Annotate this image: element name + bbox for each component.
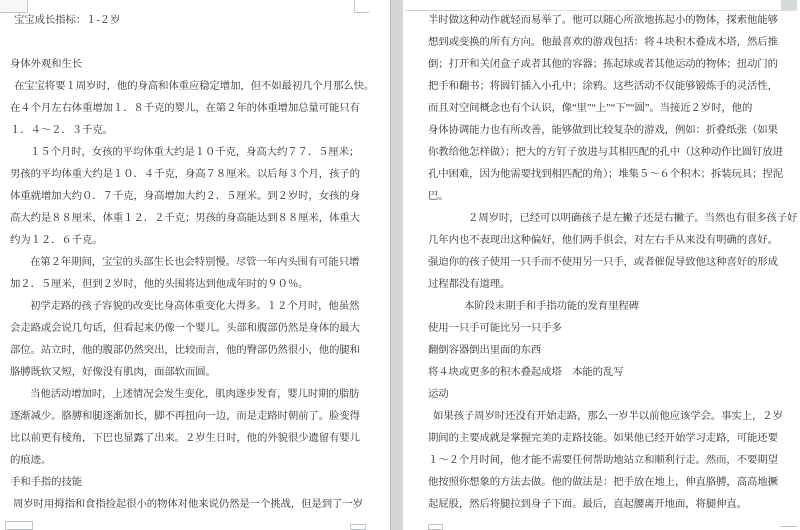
page-right-bottom-left-corner-mark (428, 524, 443, 530)
text-line: 使用一只手可能比另一只手多 (428, 318, 794, 340)
text-line: ２周岁时，已经可以明确孩子是左撇子还是右撇子。当然也有很多孩子好 (428, 208, 794, 230)
text-line: 宝宝成长指标：１-２岁 (10, 10, 366, 32)
text-line: １５个月时，女孩的平均体重大约是１０千克，身高大约７７．５厘米； (10, 142, 366, 164)
text-line: 运动 (428, 384, 794, 406)
page-left-text: 宝宝成长指标：１-２岁身体外观和生长在宝宝将要１周岁时，他的身高和体重应稳定增加… (0, 0, 366, 516)
text-line: 期间的主要成就是掌握完美的走路技能。如果他已经开始学习走路，可能还要 (428, 428, 794, 450)
text-line: 将４块或更多的积木叠起成塔 本能的乱写 (428, 362, 794, 384)
text-line: 的痕迹。 (10, 450, 366, 472)
text-line: 在４个月左右体重增加１．８千克的婴儿，在第２年的体重增加总量可能只有 (10, 98, 366, 120)
text-line: 高大约是８８厘米，体重１２．２千克；男孩的身高能达到８８厘米，体重大 (10, 208, 366, 230)
text-line: 而且对空间概念也有个认识，像“里”“上”“下”“圆”。当接近２岁时，他的 (428, 98, 794, 120)
text-line: 约为１２．６千克。 (10, 230, 366, 252)
page-right-top-right-corner-mark (781, 0, 797, 10)
page-right-bottom-right-corner-mark (780, 526, 797, 527)
text-line: 巴。 (428, 186, 794, 208)
text-line: 孔中困难，因为他需要找到相匹配的角）；堆集５～６个积木；拆装玩具；捏泥 (428, 164, 794, 186)
text-line: 强迫你的孩子使用一只手而不使用另一只手，或者催促导致他这种喜好的形成 (428, 252, 794, 274)
text-line: 几年内也不表现出这种偏好，他们两手俱会，对左右手从来没有明确的喜好。 (428, 230, 794, 252)
page-right-text: 半时做这种动作就轻而易举了。他可以随心所欲地拣起小的物体，探索他能够想到或变换的… (403, 0, 794, 516)
page-gutter (390, 0, 403, 530)
text-line: 半时做这种动作就轻而易举了。他可以随心所欲地拣起小的物体，探索他能够 (428, 10, 794, 32)
page-left-bottom-left-corner-mark (5, 521, 33, 530)
text-line: 本阶段末期手和手指功能的发育里程碑 (428, 296, 794, 318)
text-line: 身体协调能力也有所改善，能够做到比较复杂的游戏，例如：折叠纸张（如果 (428, 120, 794, 142)
text-line: 起屁股，然后将腿拉到身子下面。最后，直起腰离开地面，将腿伸直。 (428, 494, 794, 516)
page-left-top-right-corner-mark (354, 0, 369, 13)
page-left-top-left-corner-mark (0, 0, 28, 13)
text-line: 男孩的平均体重大约是１０．４千克，身高７８厘米。以后每３个月，孩子的 (10, 164, 366, 186)
page-left[interactable]: 宝宝成长指标：１-２岁身体外观和生长在宝宝将要１周岁时，他的身高和体重应稳定增加… (0, 0, 390, 530)
document-canvas: 宝宝成长指标：１-２岁身体外观和生长在宝宝将要１周岁时，他的身高和体重应稳定增加… (0, 0, 800, 530)
text-line: 初学走路的孩子容貌的改变比身高体重变化大得多。１２个月时，他虽然 (10, 296, 366, 318)
text-line: 如果孩子周岁时还没有开始走路，那么一岁半以前他应该学会。事实上，２岁 (428, 406, 794, 428)
text-line: １．４～２．３千克。 (10, 120, 366, 142)
text-line: 身体外观和生长 (10, 54, 366, 76)
text-line: 你教给他怎样做）；把大的方钉子放进与其相匹配的孔中（这种动作比圆钉放进 (428, 142, 794, 164)
text-line: 逐渐减少。胳膊和腿逐渐加长，脚不再扭向一边，而是走路时朝前了。脸变得 (10, 406, 366, 428)
page-right-top-left-corner-mark (405, 10, 457, 11)
text-line: 加２．５厘米，但到２岁时，他的头围将达到他成年时的９０％。 (10, 274, 366, 296)
text-line: １～２个月时间，他才能不需要任何帮助地站立和顺利行走。然而，不要期望 (428, 450, 794, 472)
page-right-top-edge-line (405, 10, 797, 11)
page-left-bottom-right-corner-mark (350, 524, 366, 530)
text-line: 在第２年期间，宝宝的头部生长也会特别慢。尽管一年内头围有可能只增 (10, 252, 366, 274)
text-line: 会走路或会说几句话，但看起来仍像一个婴儿。头部和腹部仍然是身体的最大 (10, 318, 366, 340)
text-line (10, 32, 366, 54)
text-line: 当他活动增加时，上述情况会发生变化，肌肉逐步发育，婴儿时期的脂肪 (10, 384, 366, 406)
text-line: 比以前更有棱角，下巴也显露了出来。２岁生日时，他的外貌很少遗留有婴儿 (10, 428, 366, 450)
page-right[interactable]: 半时做这种动作就轻而易举了。他可以随心所欲地拣起小的物体，探索他能够想到或变换的… (403, 0, 800, 530)
text-line: 把手和翻书；将圆钉插入小孔中；涂鸦。这些活动不仅能够锻炼手的灵活性， (428, 76, 794, 98)
text-line: 手和手指的技能 (10, 472, 366, 494)
text-line: 体重就增加大约０．７千克，身高增加大约２．５厘米。到２岁时，女孩的身 (10, 186, 366, 208)
text-line: 在宝宝将要１周岁时，他的身高和体重应稳定增加，但不如最初几个月那么快。 (10, 76, 366, 98)
text-line: 周岁时用拇指和食指捡起很小的物体对他来说仍然是一个挑战，但是到了一岁 (10, 494, 366, 516)
text-line: 胳膊既软又短，好像没有肌肉，面部软而圆。 (10, 362, 366, 384)
text-line: 翻倒容器倒出里面的东西 (428, 340, 794, 362)
text-line: 他按照你想象的方法去做。他的做法是：把手放在地上，伸直胳膊，高高地撅 (428, 472, 794, 494)
text-line: 过程都没有道理。 (428, 274, 794, 296)
text-line: 想到或变换的所有方向。他最喜欢的游戏包括：将４块积木叠成木塔，然后推 (428, 32, 794, 54)
text-line: 倒；打开和关闭盒子或者其他的容器；拣起球或者其他运动的物体；扭动门的 (428, 54, 794, 76)
text-line: 部位。站立时，他的腹部仍然突出，比较而言，他的臀部仍然很小，他的腿和 (10, 340, 366, 362)
